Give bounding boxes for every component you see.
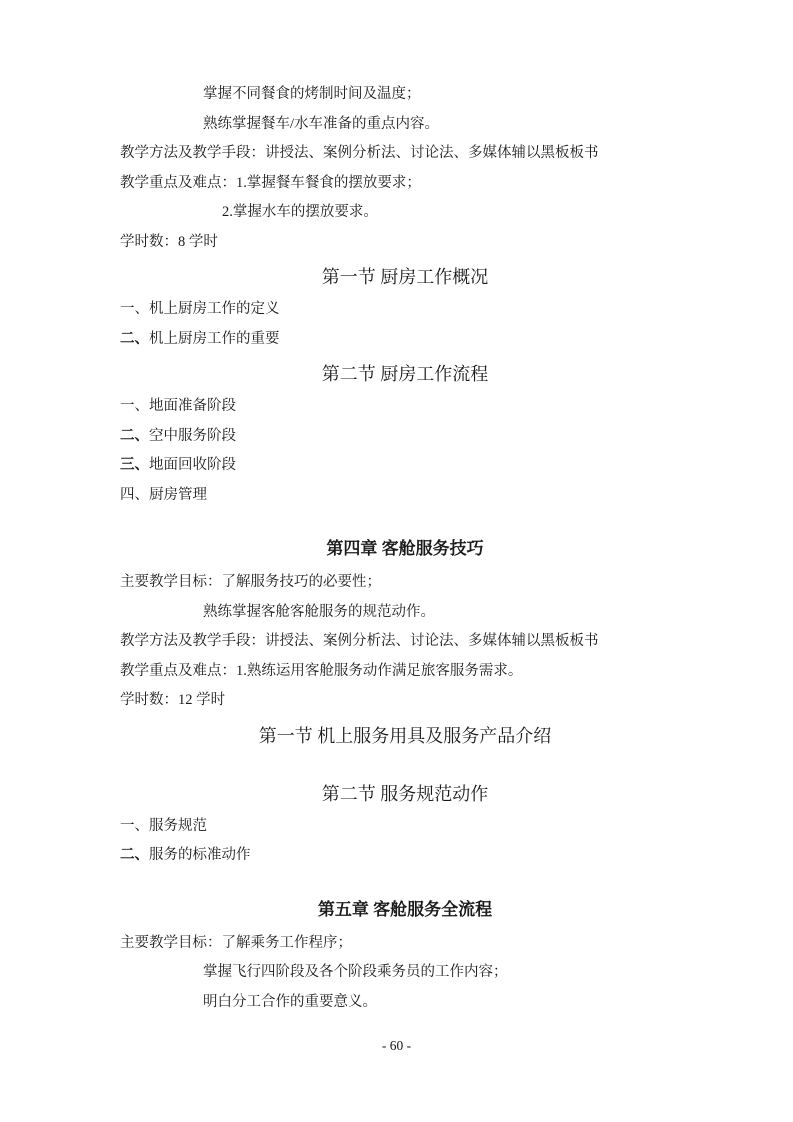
list-item-text: 空中服务阶段 <box>149 428 236 444</box>
class-hours-line: 学时数：8 学时 <box>120 228 690 258</box>
list-item-text: 机上厨房工作的定义 <box>149 301 280 317</box>
list-item: 一、机上厨房工作的定义 <box>120 295 690 325</box>
list-item-text: 厨房管理 <box>149 487 207 503</box>
goal-continuation-line: 掌握飞行四阶段及各个阶段乘务员的工作内容； <box>120 958 690 988</box>
key-points-continuation-line: 2.掌握水车的摆放要求。 <box>120 198 690 228</box>
key-points-line: 教学重点及难点：1.熟练运用客舱服务动作满足旅客服务需求。 <box>120 657 690 687</box>
page-number: - 60 - <box>0 1036 793 1056</box>
goal-continuation-line: 熟练掌握客舱客舱服务的规范动作。 <box>120 598 690 628</box>
list-marker: 三、 <box>120 457 149 473</box>
teaching-goal-line: 主要教学目标：了解乘务工作程序； <box>120 929 690 959</box>
list-item-text: 服务的标准动作 <box>149 847 251 863</box>
document-content: 掌握不同餐食的烤制时间及温度；熟练掌握餐车/水车准备的重点内容。教学方法及教学手… <box>120 80 690 1017</box>
list-marker: 一、 <box>120 818 149 834</box>
chapter-heading: 第四章 客舱服务技巧 <box>120 530 690 568</box>
list-marker: 二、 <box>120 847 149 863</box>
list-item: 一、服务规范 <box>120 812 690 842</box>
list-item: 四、厨房管理 <box>120 481 690 511</box>
document-page: 掌握不同餐食的烤制时间及温度；熟练掌握餐车/水车准备的重点内容。教学方法及教学手… <box>0 0 793 1122</box>
teaching-methods-line: 教学方法及教学手段：讲授法、案例分析法、讨论法、多媒体辅以黑板板书 <box>120 627 690 657</box>
teaching-goal-line: 主要教学目标：了解服务技巧的必要性； <box>120 568 690 598</box>
list-marker: 一、 <box>120 301 149 317</box>
goal-continuation-line: 熟练掌握餐车/水车准备的重点内容。 <box>120 110 690 140</box>
goal-continuation-line: 明白分工合作的重要意义。 <box>120 988 690 1018</box>
list-marker: 四、 <box>120 487 149 503</box>
list-item-text: 服务规范 <box>149 818 207 834</box>
key-points-line: 教学重点及难点：1.掌握餐车餐食的摆放要求； <box>120 169 690 199</box>
list-item: 一、地面准备阶段 <box>120 392 690 422</box>
list-item-text: 地面回收阶段 <box>149 457 236 473</box>
class-hours-line: 学时数：12 学时 <box>120 686 690 716</box>
list-item-text: 机上厨房工作的重要 <box>149 331 280 347</box>
section-heading: 第一节 机上服务用具及服务产品介绍 <box>120 718 690 754</box>
list-marker: 二、 <box>120 428 149 444</box>
teaching-methods-line: 教学方法及教学手段：讲授法、案例分析法、讨论法、多媒体辅以黑板板书 <box>120 139 690 169</box>
list-marker: 一、 <box>120 398 149 414</box>
list-item-text: 地面准备阶段 <box>149 398 236 414</box>
blank-line <box>120 754 690 774</box>
section-heading: 第一节 厨房工作概况 <box>120 259 690 295</box>
section-heading: 第二节 服务规范动作 <box>120 776 690 812</box>
list-item: 三、地面回收阶段 <box>120 451 690 481</box>
chapter-heading: 第五章 客舱服务全流程 <box>120 891 690 929</box>
list-marker: 二、 <box>120 331 149 347</box>
list-item: 二、机上厨房工作的重要 <box>120 325 690 355</box>
list-item: 二、服务的标准动作 <box>120 841 690 871</box>
goal-continuation-line: 掌握不同餐食的烤制时间及温度； <box>120 80 690 110</box>
section-heading: 第二节 厨房工作流程 <box>120 356 690 392</box>
list-item: 二、空中服务阶段 <box>120 422 690 452</box>
